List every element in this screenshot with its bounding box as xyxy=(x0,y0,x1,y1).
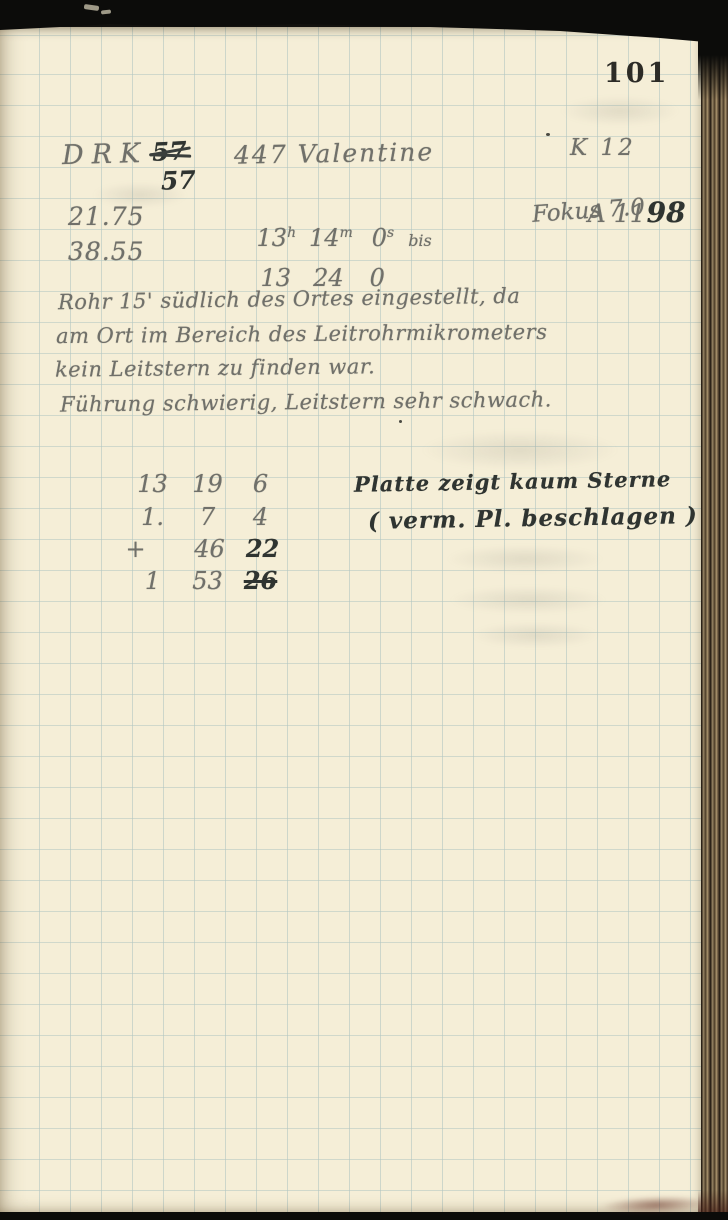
meas-cell: 53 xyxy=(182,568,234,594)
camera-label: K 12 xyxy=(570,136,636,161)
remark-line-2: ( verm. Pl. beschlagen ) xyxy=(368,503,698,534)
meas-cell-overwritten-struck: 26 xyxy=(234,568,288,594)
pencil-dot xyxy=(546,133,550,136)
note-line-3: kein Leitstern zu finden war. xyxy=(55,355,375,381)
show-through-smudge xyxy=(448,586,608,614)
measurement-row: 15326 xyxy=(93,542,288,621)
plate-number-struck: 57 xyxy=(151,137,187,166)
coordinate-value-1: 21.75 xyxy=(68,203,145,231)
object-name: 447 Valentine xyxy=(234,138,435,169)
remark-line-1: Platte zeigt kaum Sterne xyxy=(354,467,672,496)
plate-number-corrected: 57 xyxy=(161,166,197,195)
page-stack-edge xyxy=(701,0,728,1220)
show-through-smudge xyxy=(420,430,620,470)
show-through-smudge xyxy=(445,545,605,573)
notebook-photo: 101 DRK 57 57 447 Valentine K 12 A 1198 … xyxy=(0,0,728,1220)
show-through-smudge xyxy=(560,96,680,126)
pencil-dot xyxy=(399,420,402,423)
meas-cell: 1 xyxy=(124,568,182,594)
seconds-unit: s xyxy=(387,225,394,241)
until-word: bis xyxy=(408,231,432,250)
page-stack-edge-shadow-top xyxy=(698,0,728,100)
note-line-2: am Ort im Bereich des Leitrohrmikrometer… xyxy=(56,321,548,348)
page-number: 101 xyxy=(604,58,669,89)
show-through-smudge xyxy=(470,622,600,648)
series-label: DRK xyxy=(62,139,149,171)
book-binding-bottom xyxy=(0,1212,728,1220)
plate-id-overwrite: 98 xyxy=(647,196,686,229)
coordinate-value-2: 38.55 xyxy=(68,238,145,266)
